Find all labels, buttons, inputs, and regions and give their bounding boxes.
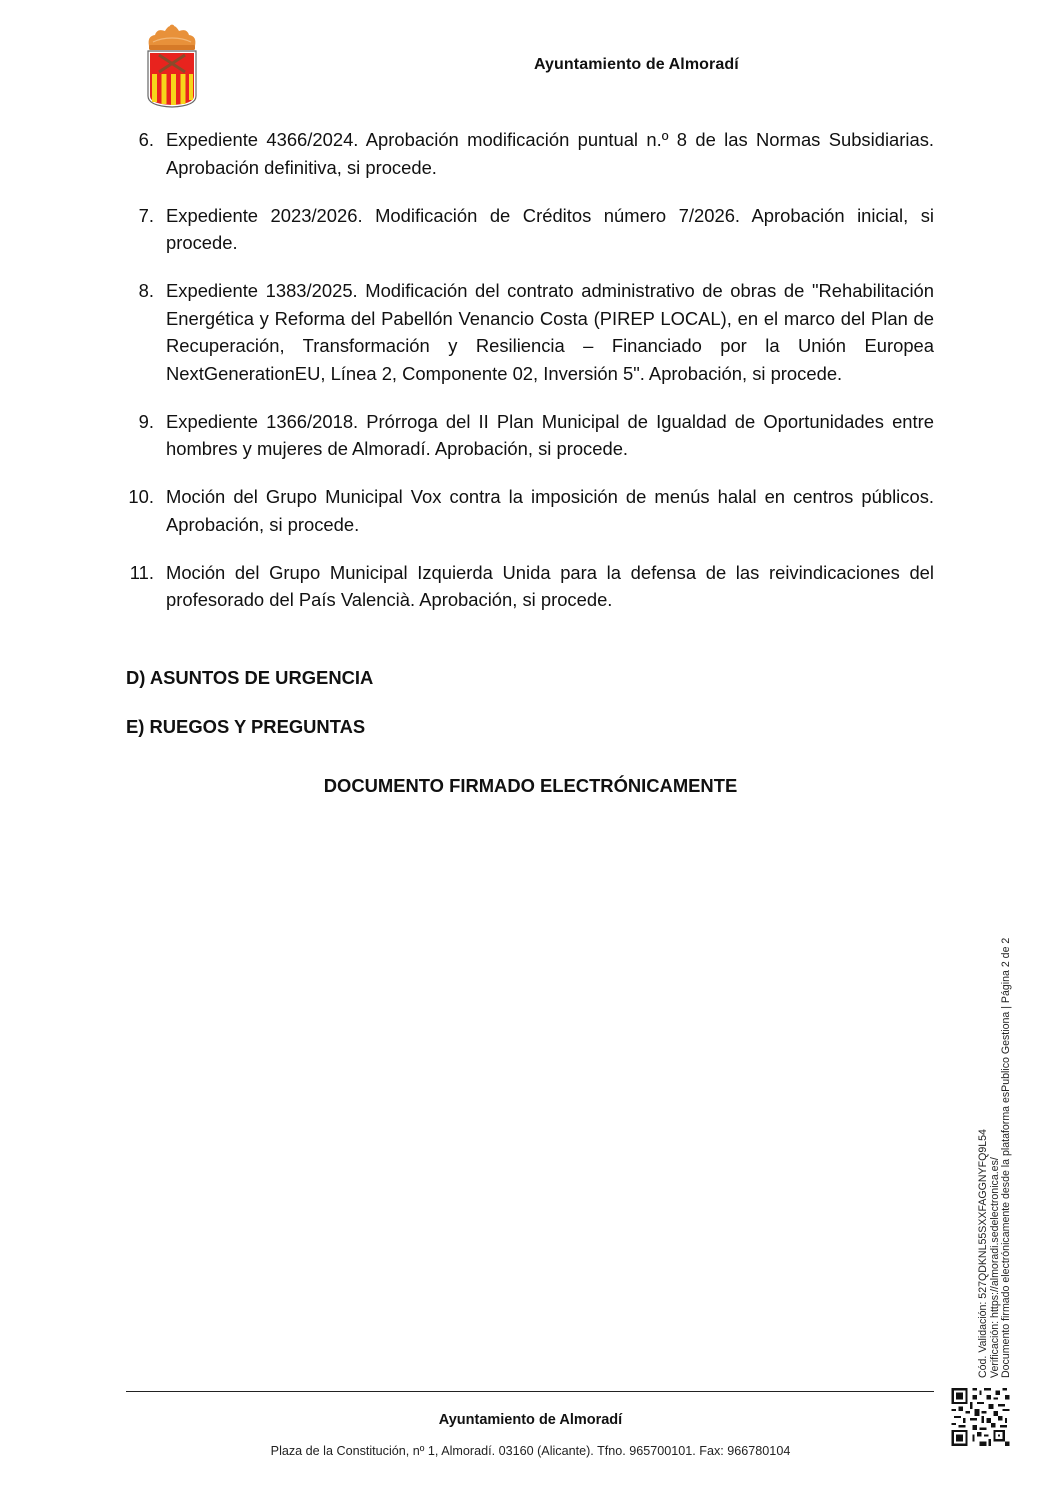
agenda-item: 9. Expediente 1366/2018. Prórroga del II… — [126, 408, 934, 463]
agenda-item-text: Expediente 1383/2025. Modificación del c… — [166, 277, 934, 387]
platform-notice: Documento firmado electrónicamente desde… — [1001, 938, 1013, 1378]
agenda-item: 7. Expediente 2023/2026. Modificación de… — [126, 202, 934, 257]
agenda-item-number: 8. — [126, 277, 154, 305]
agenda-item: 10. Moción del Grupo Municipal Vox contr… — [126, 483, 934, 538]
agenda-item-text: Moción del Grupo Municipal Vox contra la… — [166, 483, 934, 538]
agenda-item-number: 7. — [126, 202, 154, 230]
agenda-item-number: 11. — [126, 559, 154, 587]
agenda-item-text: Expediente 1366/2018. Prórroga del II Pl… — [166, 408, 934, 463]
section-heading-ruegos: E) RUEGOS Y PREGUNTAS — [126, 716, 365, 738]
agenda-item: 6. Expediente 4366/2024. Aprobación modi… — [126, 126, 934, 181]
validation-code: Cód. Validación: 527QDKNL55SXXFAGGNYFQ9L… — [978, 938, 990, 1378]
agenda-item-number: 6. — [126, 126, 154, 154]
agenda-item: 11. Moción del Grupo Municipal Izquierda… — [126, 559, 934, 614]
footer-address: Plaza de la Constitución, nº 1, Almoradí… — [0, 1444, 1061, 1458]
agenda-item-text: Expediente 4366/2024. Aprobación modific… — [166, 126, 934, 181]
coat-of-arms-icon — [143, 24, 201, 108]
agenda-list: 6. Expediente 4366/2024. Aprobación modi… — [126, 126, 934, 634]
agenda-item: 8. Expediente 1383/2025. Modificación de… — [126, 277, 934, 387]
agenda-item-number: 10. — [126, 483, 154, 511]
signature-notice: DOCUMENTO FIRMADO ELECTRÓNICAMENTE — [0, 775, 1061, 797]
agenda-item-text: Moción del Grupo Municipal Izquierda Uni… — [166, 559, 934, 614]
agenda-item-text: Expediente 2023/2026. Modificación de Cr… — [166, 202, 934, 257]
footer-divider — [126, 1391, 934, 1392]
header-title: Ayuntamiento de Almoradí — [534, 56, 739, 74]
validation-sidebar: Cód. Validación: 527QDKNL55SXXFAGGNYFQ9L… — [978, 938, 1013, 1378]
section-heading-urgencia: D) ASUNTOS DE URGENCIA — [126, 667, 373, 689]
agenda-item-number: 9. — [126, 408, 154, 436]
footer-title: Ayuntamiento de Almoradí — [0, 1412, 1061, 1428]
